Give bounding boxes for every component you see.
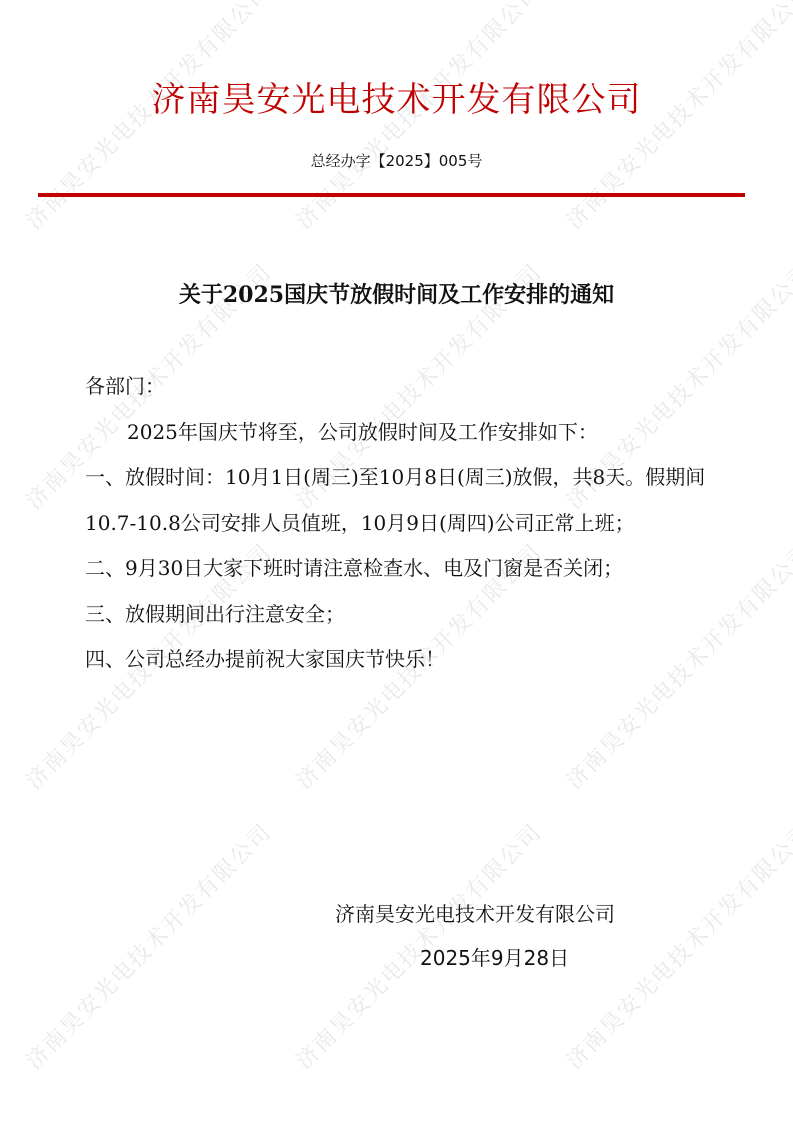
signature-company: 济南昊安光电技术开发有限公司 xyxy=(335,898,615,927)
letterhead-divider xyxy=(38,193,745,197)
watermark: 济南昊安光电技术开发有限公司 xyxy=(558,816,793,1076)
intro-paragraph: 2025年国庆节将至，公司放假时间及工作安排如下： xyxy=(85,410,725,456)
letterhead-company: 济南昊安光电技术开发有限公司 xyxy=(0,72,793,121)
item-3: 三、放假期间出行注意安全； xyxy=(85,592,725,638)
document-number: 总经办字【2025】005号 xyxy=(0,150,793,171)
item-1: 一、放假时间：10月1日(周三)至10月8日(周三)放假，共8天。假期间10.7… xyxy=(85,455,725,546)
notice-title: 关于2025国庆节放假时间及工作安排的通知 xyxy=(0,278,793,309)
item-4: 四、公司总经办提前祝大家国庆节快乐！ xyxy=(85,637,725,683)
signature-date: 2025年9月28日 xyxy=(420,942,569,971)
notice-body: 各部门： 2025年国庆节将至，公司放假时间及工作安排如下： 一、放假时间：10… xyxy=(85,364,725,683)
watermark: 济南昊安光电技术开发有限公司 xyxy=(18,816,278,1076)
salutation: 各部门： xyxy=(85,364,725,410)
item-2: 二、9月30日大家下班时请注意检查水、电及门窗是否关闭； xyxy=(85,546,725,592)
